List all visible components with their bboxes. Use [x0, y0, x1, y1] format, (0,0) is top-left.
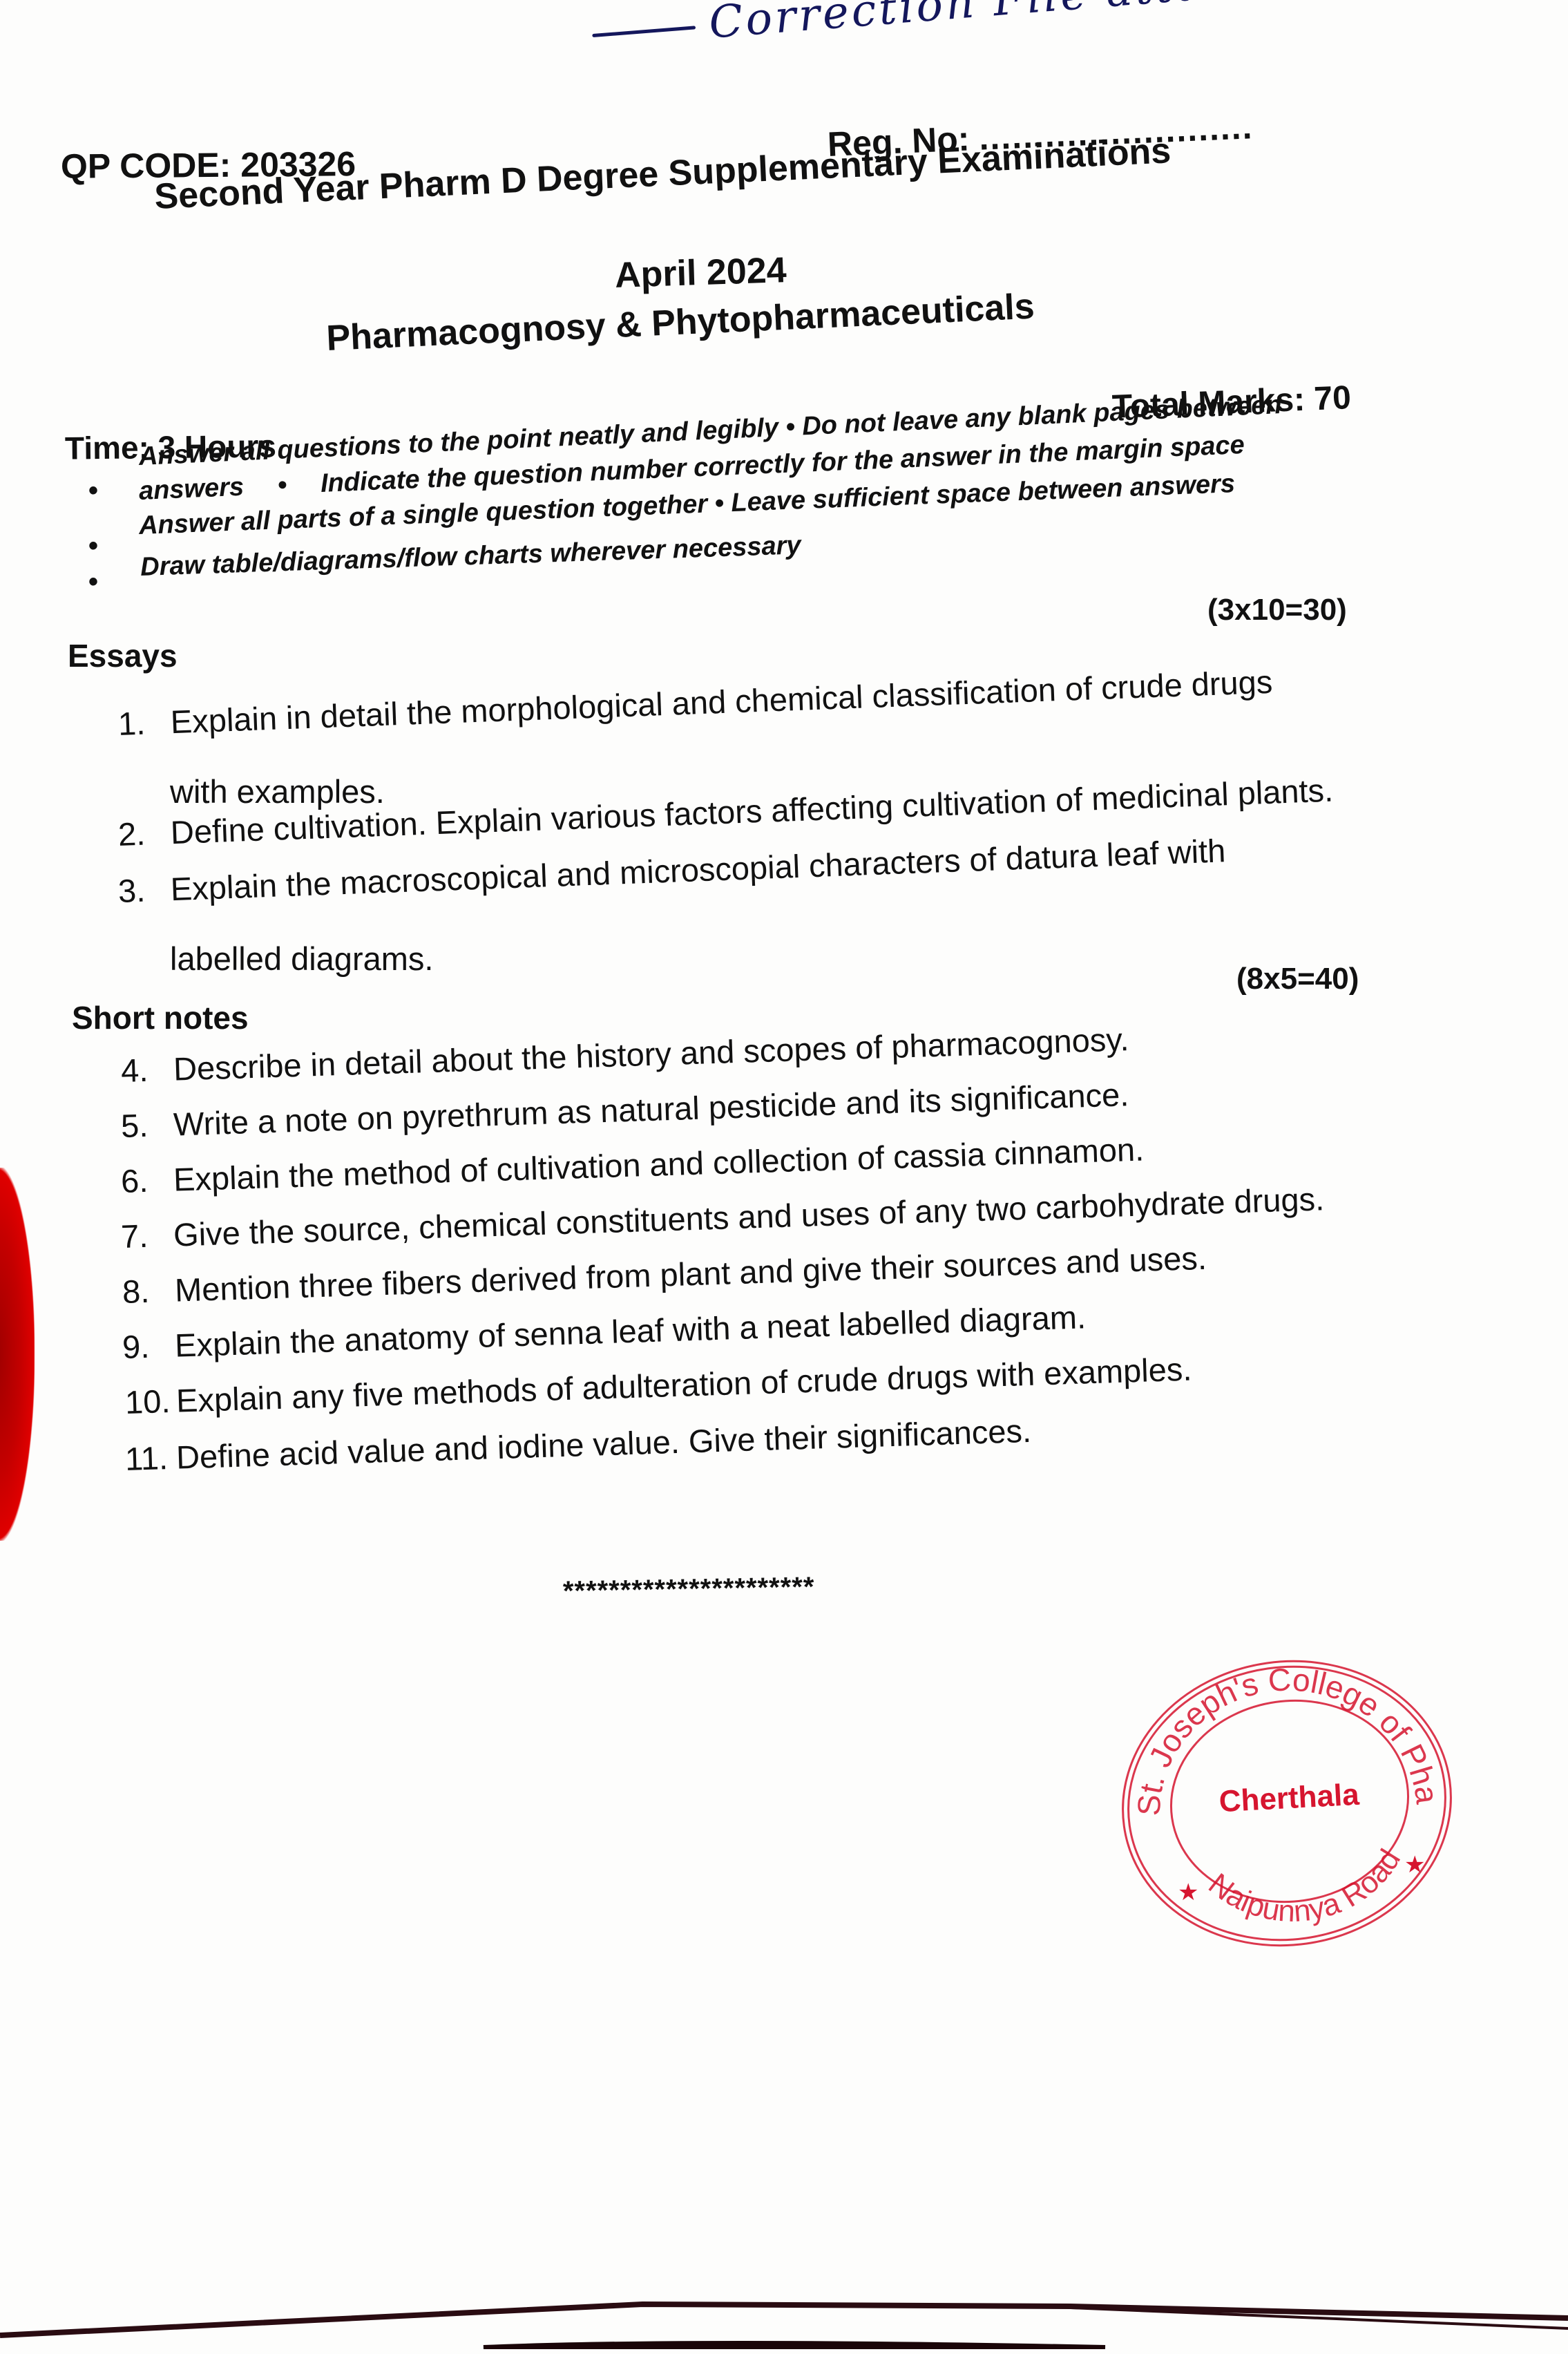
stamp-center-text: Cherthala: [1218, 1778, 1361, 1819]
handwritten-note-text: Correction File attached.: [707, 0, 1342, 49]
question-number: 10.: [124, 1382, 177, 1421]
college-stamp: St. Joseph's College of Pharmacy Naipunn…: [1109, 1648, 1464, 1952]
question-text: Explain the method of cultivation and co…: [173, 1130, 1145, 1197]
question-4: 4.Describe in detail about the history a…: [120, 1020, 1129, 1090]
exam-title: Second Year Pharm D Degree Supplementary…: [153, 130, 1172, 218]
instruction-separator: •: [251, 469, 314, 502]
question-11: 11.Define acid value and iodine value. G…: [124, 1412, 1031, 1478]
stamp-bottom-text: Naipunnya Road: [1202, 1843, 1407, 1928]
question-number: 7.: [120, 1216, 174, 1255]
exam-session: April 2024: [614, 249, 787, 296]
question-text: Define acid value and iodine value. Give…: [175, 1412, 1031, 1476]
instruction-bullet: •: [88, 567, 98, 598]
question-text: Describe in detail about the history and…: [173, 1021, 1129, 1087]
question-text: Explain the anatomy of senna leaf with a…: [174, 1298, 1086, 1363]
question-number: 11.: [124, 1439, 177, 1478]
handwritten-dash: [592, 26, 696, 37]
instruction-bullet: •: [88, 475, 98, 506]
question-number: 9.: [122, 1327, 175, 1366]
question-number: 4.: [120, 1050, 174, 1090]
question-text: Write a note on pyrethrum as natural pes…: [173, 1076, 1129, 1142]
handwritten-correction-note: Correction File attached.: [590, 0, 1342, 58]
question-number: 6.: [120, 1161, 174, 1200]
instruction-1-continued-start: answers: [138, 473, 245, 506]
essays-marks: (3x10=30): [1207, 593, 1347, 627]
question-1-continued: with examples.: [170, 772, 385, 810]
question-number: 3.: [117, 870, 171, 910]
question-3-continued: labelled diagrams.: [170, 940, 433, 978]
end-of-paper-marker: **********************: [563, 1572, 815, 1607]
short-notes-marks: (8x5=40): [1236, 962, 1359, 996]
question-number: 5.: [120, 1105, 174, 1145]
question-text: Mention three fibers derived from plant …: [174, 1240, 1207, 1309]
question-number: 1.: [117, 703, 171, 743]
star-icon: ★: [1178, 1879, 1198, 1906]
instruction-4: Draw table/diagrams/flow charts wherever…: [140, 531, 802, 582]
question-9: 9.Explain the anatomy of senna leaf with…: [122, 1298, 1086, 1366]
question-5: 5.Write a note on pyrethrum as natural p…: [120, 1075, 1129, 1145]
question-text: Explain in detail the morphological and …: [170, 663, 1273, 740]
question-number: 8.: [122, 1271, 175, 1311]
question-text: Explain any five methods of adulteration…: [175, 1351, 1192, 1419]
exam-subject: Pharmacognosy & Phytopharmaceuticals: [325, 286, 1035, 359]
question-number: 2.: [117, 813, 171, 853]
essays-heading: Essays: [68, 637, 178, 674]
question-1: 1.Explain in detail the morphological an…: [117, 663, 1273, 743]
instruction-bullet: •: [88, 531, 98, 562]
short-notes-heading: Short notes: [72, 999, 249, 1036]
star-icon: ★: [1404, 1852, 1425, 1878]
red-thread-tassel: [0, 1168, 35, 1541]
page-edge-lines: [0, 2280, 1568, 2349]
